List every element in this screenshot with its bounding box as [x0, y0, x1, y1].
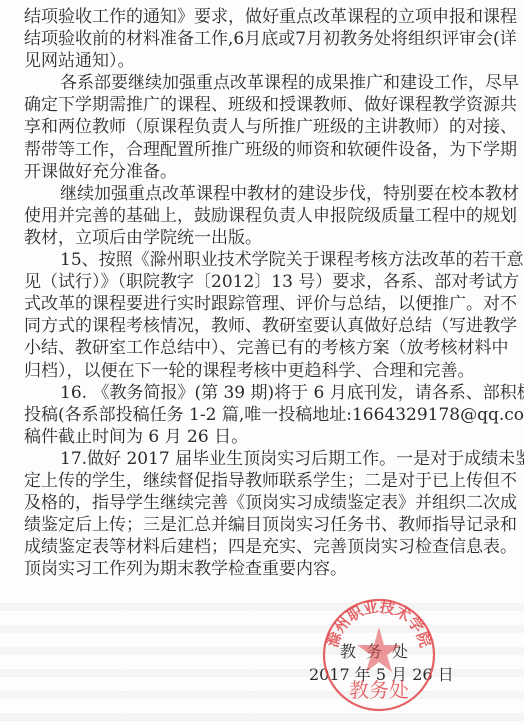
- text-line: 归档），以便在下一轮的课程考核中更趋科学、合理和完善。: [24, 360, 485, 382]
- text-line: 定上传的学生，继续督促指导教师联系学生；二是对于已上传但不: [24, 470, 485, 492]
- text-line: 投稿(各系部投稿任务 1-2 篇,唯一投稿地址:1664329178@qq.co…: [24, 404, 485, 426]
- text-line: 见网站通知）。: [24, 50, 485, 72]
- bleed-through-texture: [0, 595, 524, 725]
- text-line: 享和两位教师（原课程负责人与所推广班级的主讲教师）的对接、: [24, 116, 485, 138]
- document-page: 结项验收工作的通知》要求，做好重点改革课程的立项申报和课程 结项验收前的材料准备…: [0, 0, 524, 725]
- text-line: 同方式的课程考核情况，教师、教研室要认真做好总结（写进教学: [24, 315, 485, 337]
- text-line: 结项验收工作的通知》要求，做好重点改革课程的立项申报和课程: [24, 6, 485, 28]
- official-seal-stamp: 滁州职业技术学院 教务处: [321, 597, 437, 713]
- text-line: 教材，立项后由学院统一出版。: [24, 227, 485, 249]
- text-line: 17.做好 2017 届毕业生顶岗实习后期工作。一是对于成绩未鉴: [24, 448, 485, 470]
- text-line: 15、按照《滁州职业技术学院关于课程考核方法改革的若干意: [24, 249, 485, 271]
- text-line: 小结、教研室工作总结中）、完善已有的考核方案（放考核材料中: [24, 337, 485, 359]
- text-line: 继续加强重点改革课程中教材的建设步伐，特别要在校本教材: [24, 183, 485, 205]
- text-line: 稿件截止时间为 6 月 26 日。: [24, 426, 485, 448]
- text-line: 结项验收前的材料准备工作,6月底或7月初教务处将组织评审会(详: [24, 28, 485, 50]
- text-line: 及格的，指导学生继续完善《顶岗实习成绩鉴定表》并组织二次成: [24, 492, 485, 514]
- text-line: 成绩鉴定表等材料后建档；四是充实、完善顶岗实习检查信息表。: [24, 536, 485, 558]
- text-line: 16. 《教务简报》(第 39 期)将于 6 月底刊发，请各系、部积极: [24, 382, 485, 404]
- star-icon: [357, 627, 401, 672]
- stamp-inner-text: 教务处: [349, 678, 409, 702]
- text-line: 各系部要继续加强重点改革课程的成果推广和建设工作，尽早: [24, 72, 485, 94]
- text-line: 开课做好充分准备。: [24, 161, 485, 183]
- text-line: 绩鉴定后上传；三是汇总并编目顶岗实习任务书、教师指导记录和: [24, 514, 485, 536]
- text-line: 顶岗实习工作列为期末教学检查重要内容。: [24, 558, 485, 580]
- text-line: 使用并完善的基础上，鼓励课程负责人申报院级质量工程中的规划: [24, 205, 485, 227]
- text-line: 见（试行）》（职院教字〔2012〕13 号）要求，各系、部对考试方: [24, 271, 485, 293]
- text-line: 式改革的课程要进行实时跟踪管理、评价与总结，以便推广。对不: [24, 293, 485, 315]
- document-body: 结项验收工作的通知》要求，做好重点改革课程的立项申报和课程 结项验收前的材料准备…: [24, 6, 485, 580]
- text-line: 帮带等工作，合理配置所推广班级的师资和软硬件设备，为下学期: [24, 139, 485, 161]
- text-line: 确定下学期需推广的课程、班级和授课教师、做好课程教学资源共: [24, 94, 485, 116]
